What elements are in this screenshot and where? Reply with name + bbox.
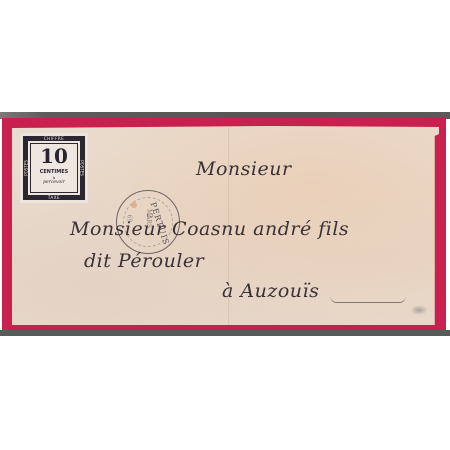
stamp-frame: CHIFFRE POSTES POSTES 10 CENTIMES à perc…	[23, 136, 85, 200]
address-line-4: à Auzouïs	[222, 280, 319, 302]
stamp-top-text: CHIFFRE	[28, 136, 80, 141]
handwriting-flourish	[330, 296, 406, 303]
address-line-2: Monsieur Coasnu andré fils	[70, 218, 349, 240]
postage-due-stamp: CHIFFRE POSTES POSTES 10 CENTIMES à perc…	[20, 133, 88, 203]
stamp-right-text: POSTES	[80, 160, 85, 176]
stamp-value: 10	[28, 144, 80, 168]
paper-stain	[131, 202, 137, 208]
stamp-subtext: percevoir	[28, 180, 80, 185]
address-line-3: dit Pérouler	[84, 250, 204, 272]
ink-smudge	[410, 305, 428, 315]
address-line-1: Monsieur	[196, 158, 292, 180]
stamp-bottom-text: TAXE	[28, 195, 80, 200]
bottom-gray-band	[0, 330, 450, 336]
